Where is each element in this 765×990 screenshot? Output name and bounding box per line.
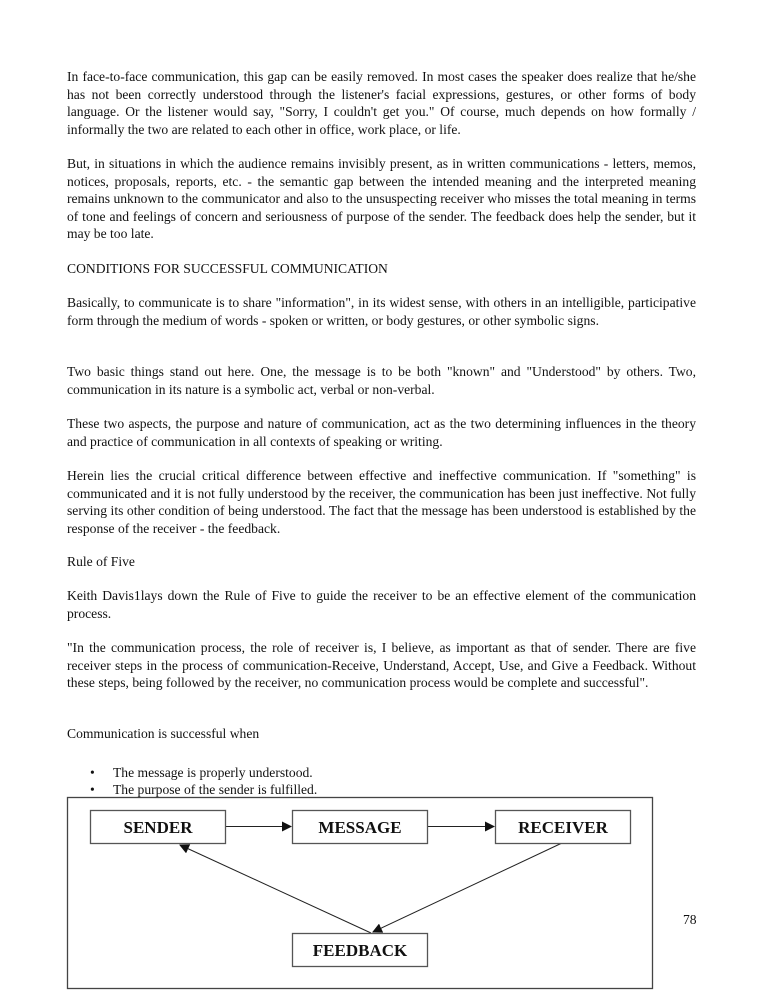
success-conditions-list: • The message is properly understood. • … <box>67 764 696 799</box>
document-page: In face-to-face communication, this gap … <box>0 0 765 990</box>
arrow-feedback-to-sender <box>180 845 371 933</box>
paragraph-quote: "In the communication process, the role … <box>67 639 696 692</box>
arrow-receiver-to-feedback <box>373 843 562 932</box>
list-item-text: The purpose of the sender is fulfilled. <box>113 782 317 797</box>
node-receiver: RECEIVER <box>496 811 631 844</box>
list-item-text: The message is properly understood. <box>113 765 313 780</box>
paragraph-herein-lies: Herein lies the crucial critical differe… <box>67 467 696 537</box>
node-label: MESSAGE <box>318 818 401 837</box>
node-feedback: FEEDBACK <box>293 934 428 967</box>
node-label: FEEDBACK <box>313 941 408 960</box>
node-label: SENDER <box>124 818 194 837</box>
paragraph-two-aspects: These two aspects, the purpose and natur… <box>67 415 696 450</box>
page-number: 78 <box>683 912 697 928</box>
bullet-icon: • <box>90 764 95 781</box>
node-label: RECEIVER <box>518 818 608 837</box>
paragraph-written-communication: But, in situations in which the audience… <box>67 155 696 243</box>
bullet-icon: • <box>90 781 95 798</box>
paragraph-keith-davis: Keith Davis1lays down the Rule of Five t… <box>67 587 696 622</box>
node-message: MESSAGE <box>293 811 428 844</box>
section-heading-conditions: CONDITIONS FOR SUCCESSFUL COMMUNICATION <box>67 260 696 278</box>
subheading-rule-of-five: Rule of Five <box>67 553 696 571</box>
paragraph-two-basic-things: Two basic things stand out here. One, th… <box>67 363 696 398</box>
list-item: • The purpose of the sender is fulfilled… <box>67 781 696 798</box>
paragraph-face-to-face: In face-to-face communication, this gap … <box>67 68 696 138</box>
node-sender: SENDER <box>91 811 226 844</box>
paragraph-successful-when: Communication is successful when <box>67 725 696 743</box>
paragraph-basically: Basically, to communicate is to share "i… <box>67 294 696 329</box>
list-item: • The message is properly understood. <box>67 764 696 781</box>
